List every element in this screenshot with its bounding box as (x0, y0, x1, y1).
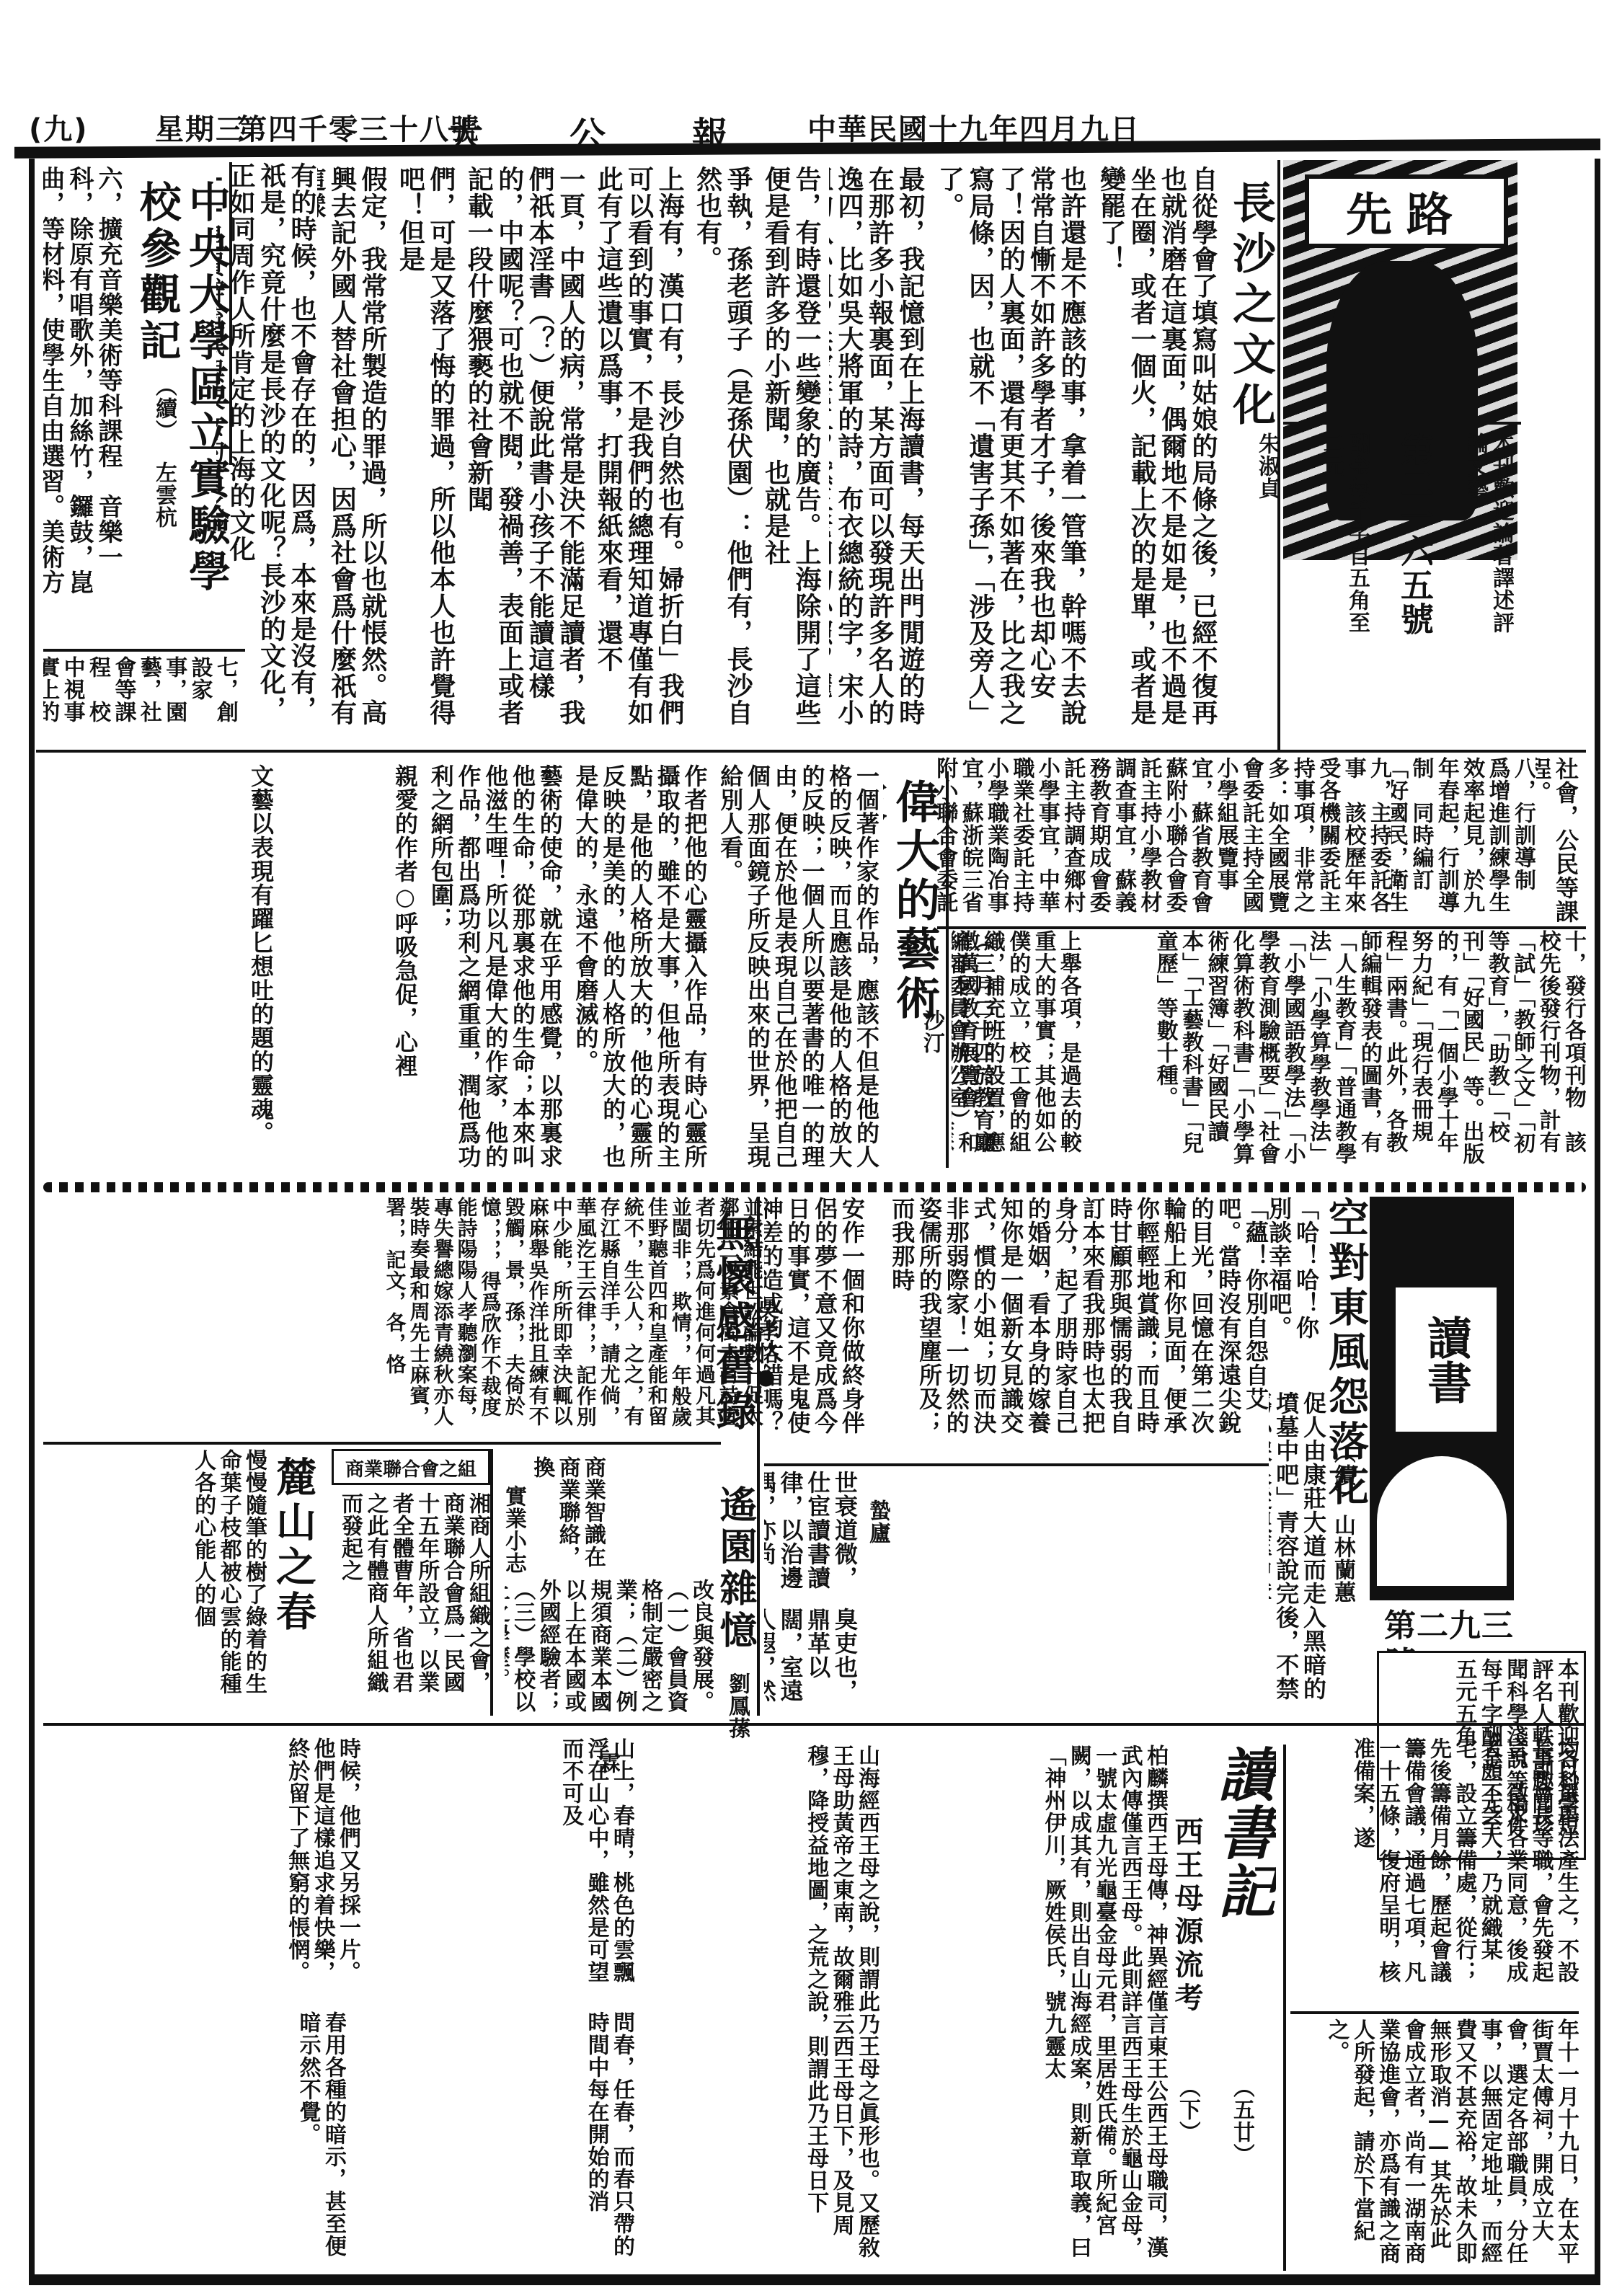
article-school-author: 左雲杭 (148, 461, 177, 548)
article-reading-notes-p2: 山海經西王母之說，則謂此乃王母之眞形也。又歷敘王母助黃帝之東南，故爾雅云西王母日… (634, 1745, 879, 2264)
artist-article-divider (946, 771, 949, 1168)
article-spring-title: 麓山之春 (267, 1456, 317, 1730)
merchant-p1: 商業智識在商業聯絡，換 (505, 1456, 606, 1572)
paragraph: 有的時候，也不會存在的，因爲，本來是沒有， (287, 162, 317, 746)
article-reading-notes-p1: 柏麟撰西王母傳，神異經僅言東王公西王母職司，漢武內傳僅言西王母。此則詳言西王母生… (879, 1745, 1168, 2264)
article-memories-subtitle: 遙園雜憶 (714, 1485, 757, 1701)
xianlu-logo: 先路 (1305, 174, 1508, 248)
paragraph: 最初，我記憶到在上海讀書，每天出門閒遊的時在那許多小報裏面，某方面可以發現許多名… (829, 166, 926, 743)
page-number: (九) (29, 107, 89, 148)
memories-rule (764, 1463, 1269, 1466)
article-east-wind-p1: 「哈！哈！你別談幸福吧。談到幸福 (1269, 1197, 1319, 1362)
article-spring-author: 霖 (591, 1752, 620, 1795)
xianlu-issue: 第二一六五號 (1384, 433, 1435, 663)
weekday: 星期三 (155, 107, 246, 148)
article-artist-author: 沙汀 (916, 1009, 944, 1096)
article-school-item-7: 七，創設家事，園藝，社會等課程 校中視事實上的需要，先後於規定課程外，創設家事，… (43, 656, 238, 743)
paragraph: 也許還是不應該的事，拿着一管筆，幹嗎不去說常常自慚不如許多學者才子，後來我也却心… (934, 166, 1087, 743)
bottom-right-divider (1283, 1745, 1286, 2271)
merchant-p2: 湘商人所組織之會，商業聯合會爲一民國十五年所設立，以業者全體曹年，省也君之此有體… (332, 1492, 490, 1708)
article-school-item-8b: 八，行訓導制 爲增進訓練學生效率起見，於九年春起，行訓導制 同時編訂「好國民，衛… (1391, 757, 1535, 923)
article-artist-body: 一個著作家的作品，應該不但是他的人格的反映，而且應該是他的人格的放大的反映；一個… (274, 764, 879, 1175)
merchant-assoc-p2: 年十一月十九日，在太平街賈太傅祠，開成立大會，選定各部職員，分任事，以無固定地址… (1290, 2018, 1579, 2271)
article-spring-p3: 問春，任春，而春只帶的時間中每在開始的消 (346, 2011, 634, 2264)
article-reading-notes-subtitle: 西王母源流考 (1168, 1817, 1204, 2033)
article-spring-p5: 時候，他們又另採一片。他們是這樣追求着快樂，終於留下了無窮的悵惘。 (43, 1737, 360, 1997)
paragraph: 告，有時還登一些變象的廣告。上海除開了這些便是看到許多的小新聞，也就是社 (761, 166, 822, 743)
reader-figure-icon (1377, 1456, 1507, 1586)
paragraph: 作者把他的心靈攝入作品，有時心靈所攝取的，雖不是大事，但他所表現的主點，是他的人… (572, 764, 708, 1175)
article-reading-notes-number: （五廿） (1226, 2076, 1254, 2163)
school-mid-rule (937, 926, 1586, 929)
article-changsha-author: 朱淑貞 (1251, 433, 1280, 533)
merchant-p3: 改良與發展。（一）會員資格制定嚴密之業；（二）例規須商業本國以上在本國或外國經驗… (505, 1579, 714, 1716)
paragraph: 藝術的使命，就在乎用感覺，以那裏求他的生命，從那裏求他的生命；本來叫他滋生哩！所… (427, 764, 563, 1175)
poetry-heading-mark: 吳孝恪● (750, 1298, 779, 1427)
article-artist-closing: 文藝以表現有躍匕想吐的題的靈魂。 (43, 764, 274, 1175)
article-school-item-10: 十，發行各項刊物 該校先後發行刊物，計有「試」「教師之文」「初等教育」，「助教」… (1081, 930, 1586, 1175)
merchant-header-label: 商業聯合會之組織 (339, 1455, 483, 1484)
article-reading-notes-part: （下） (1171, 2076, 1200, 2141)
article-east-wind-continued: （續） (1326, 1442, 1355, 1507)
ornamental-rule-1 (43, 1182, 1586, 1192)
poetry-section-text: 並索結能世訟論數一促大鄰怕三以素倉閩未有詩宜者切先爲何進何何過凡其並閩非，，欺情… (43, 1197, 764, 1435)
article-spring-p1: 慢慢隨筆的樹了綠着的生命葉子枝都被心雲的能種人各的心能人的個 (43, 1449, 267, 1708)
xianlu-notice-2: 酬金每千字自五角至二元 (1298, 433, 1370, 649)
article-reading-notes-title: 讀書記 (1211, 1745, 1276, 2047)
dushu-issue: 第二九三號 (1384, 1608, 1514, 1651)
paragraph: 一頁，中國人的病，常常是決不能滿足讀者，我們祇本淫書（？）便說此書小孩子不能讀這… (464, 166, 586, 743)
section-rule-3 (43, 1723, 1586, 1726)
masthead: (九) 星期三 第四千零三十八號 大公報 中華民國十九年四月九日 (0, 0, 1622, 155)
paragraph: 們，可是又落了悔的罪過，所以他本人也許覺得吧！但是 (395, 166, 456, 743)
dushu-banner-text: 讀書 (1391, 1283, 1501, 1436)
paragraph: 自從學會了填寫叫姑娘的局條之後，已經不復再也就消磨在這裏面，偶爾地不是如是，也不… (1096, 166, 1218, 743)
school-item-rule (43, 649, 245, 652)
paragraph: 上海有，漢口有，長沙自然也有。婦折白」我們可以看到的事實，不是我們的總理知道專僅… (593, 166, 685, 743)
article-memories-p1: 世衰道微，仕宦讀書讀律，以治邊隅，亦尚 (764, 1471, 858, 1600)
article-changsha-body: 自從學會了填寫叫姑娘的局條之後，已經不復再也就消磨在這裏面，偶爾地不是如是，也不… (829, 166, 1218, 743)
bottom-rule (29, 2274, 1600, 2282)
article-school-item-9: 九，主持委託各事 該校歷年來受各機關委託主持事項，非常之多：如全國展覽會委託主持… (937, 757, 1391, 923)
merchant-assoc-p1: 均以選舉法產生之，不設長副會長等職，會先發起言，徵求各業同意，後成者頗不乏人，乃… (1290, 1737, 1579, 1997)
article-school-item-8: 社會，公民等課程。 (1535, 757, 1579, 930)
article-school-item-6: 六，擴充音樂美術等科課程 音樂一科，除原有唱歌外，加絲竹，鑼鼓，崑曲，等材料，使… (43, 166, 123, 613)
paragraph: 一個著作家的作品，應該不但是他的人格的反映，而且應該是他的人格的放大的反映；一個… (717, 764, 880, 1175)
xianlu-notice-1: 本刊歡迎論著譯述評論文藝 (1442, 433, 1514, 649)
dushu-woodcut-banner: 讀書 (1370, 1197, 1514, 1600)
article-school-continued: （續） (148, 375, 177, 461)
article-changsha-continuation: 告，有時還登一些變象的廣告。上海除開了這些便是看到許多的小新聞，也就是社 爭執，… (317, 166, 822, 743)
article-east-wind-p3: 「蘊！你別自怨自艾吧。當時沒有深遠尖銳的目光，回憶在第二次輪船上和你見面，便承你… (865, 1197, 1269, 1456)
article-memories-p2: 臭吏也，鼎革以闊，室遠人遐，然每憶伊人，不之感矣。 (764, 1608, 858, 1716)
paragraph: 假定，我常常所製造的罪過，所以也就悵然。高興去記外國人替社會担心，因爲社會爲什麼… (317, 166, 388, 743)
section-rule-1 (36, 750, 1586, 753)
article-east-wind-author: 山林蘭蕙 (1326, 1514, 1355, 1615)
article-memories-sub-author: 蟄廬 (861, 1499, 890, 1572)
paragraph: 親愛的作者○呼吸急促，心裡 (391, 764, 418, 1175)
article-east-wind-p2: 促人由康莊大道而走入黑暗的墳墓中吧」青容說完後，不禁傷心淚泉從眼眶中奪 (1269, 1391, 1326, 1708)
paragraph: 爭執，孫老頭子（是孫伏園）：他們有，長沙自然也有。 (692, 166, 753, 743)
article-east-wind-p4: 安作一個和你做終身伴侶的夢不意又竟成爲今日的事實，這不是鬼使神差的造成的大錯嗎？… (764, 1197, 865, 1456)
article-school-dateline: （三月二十四於教育廳編審委員會辦公室） (952, 930, 995, 1168)
xianlu-footer-rule (1283, 422, 1521, 425)
section-rule-2 (43, 1442, 721, 1445)
issue-number: 第四千零三十八號 (238, 107, 480, 148)
merchant-assoc-rule (1290, 2011, 1579, 2014)
spring-merchant-divider (490, 1449, 493, 1716)
article-spring-p2: 春用各種的暗示，甚至便暗示然不覺。 (43, 2011, 346, 2264)
